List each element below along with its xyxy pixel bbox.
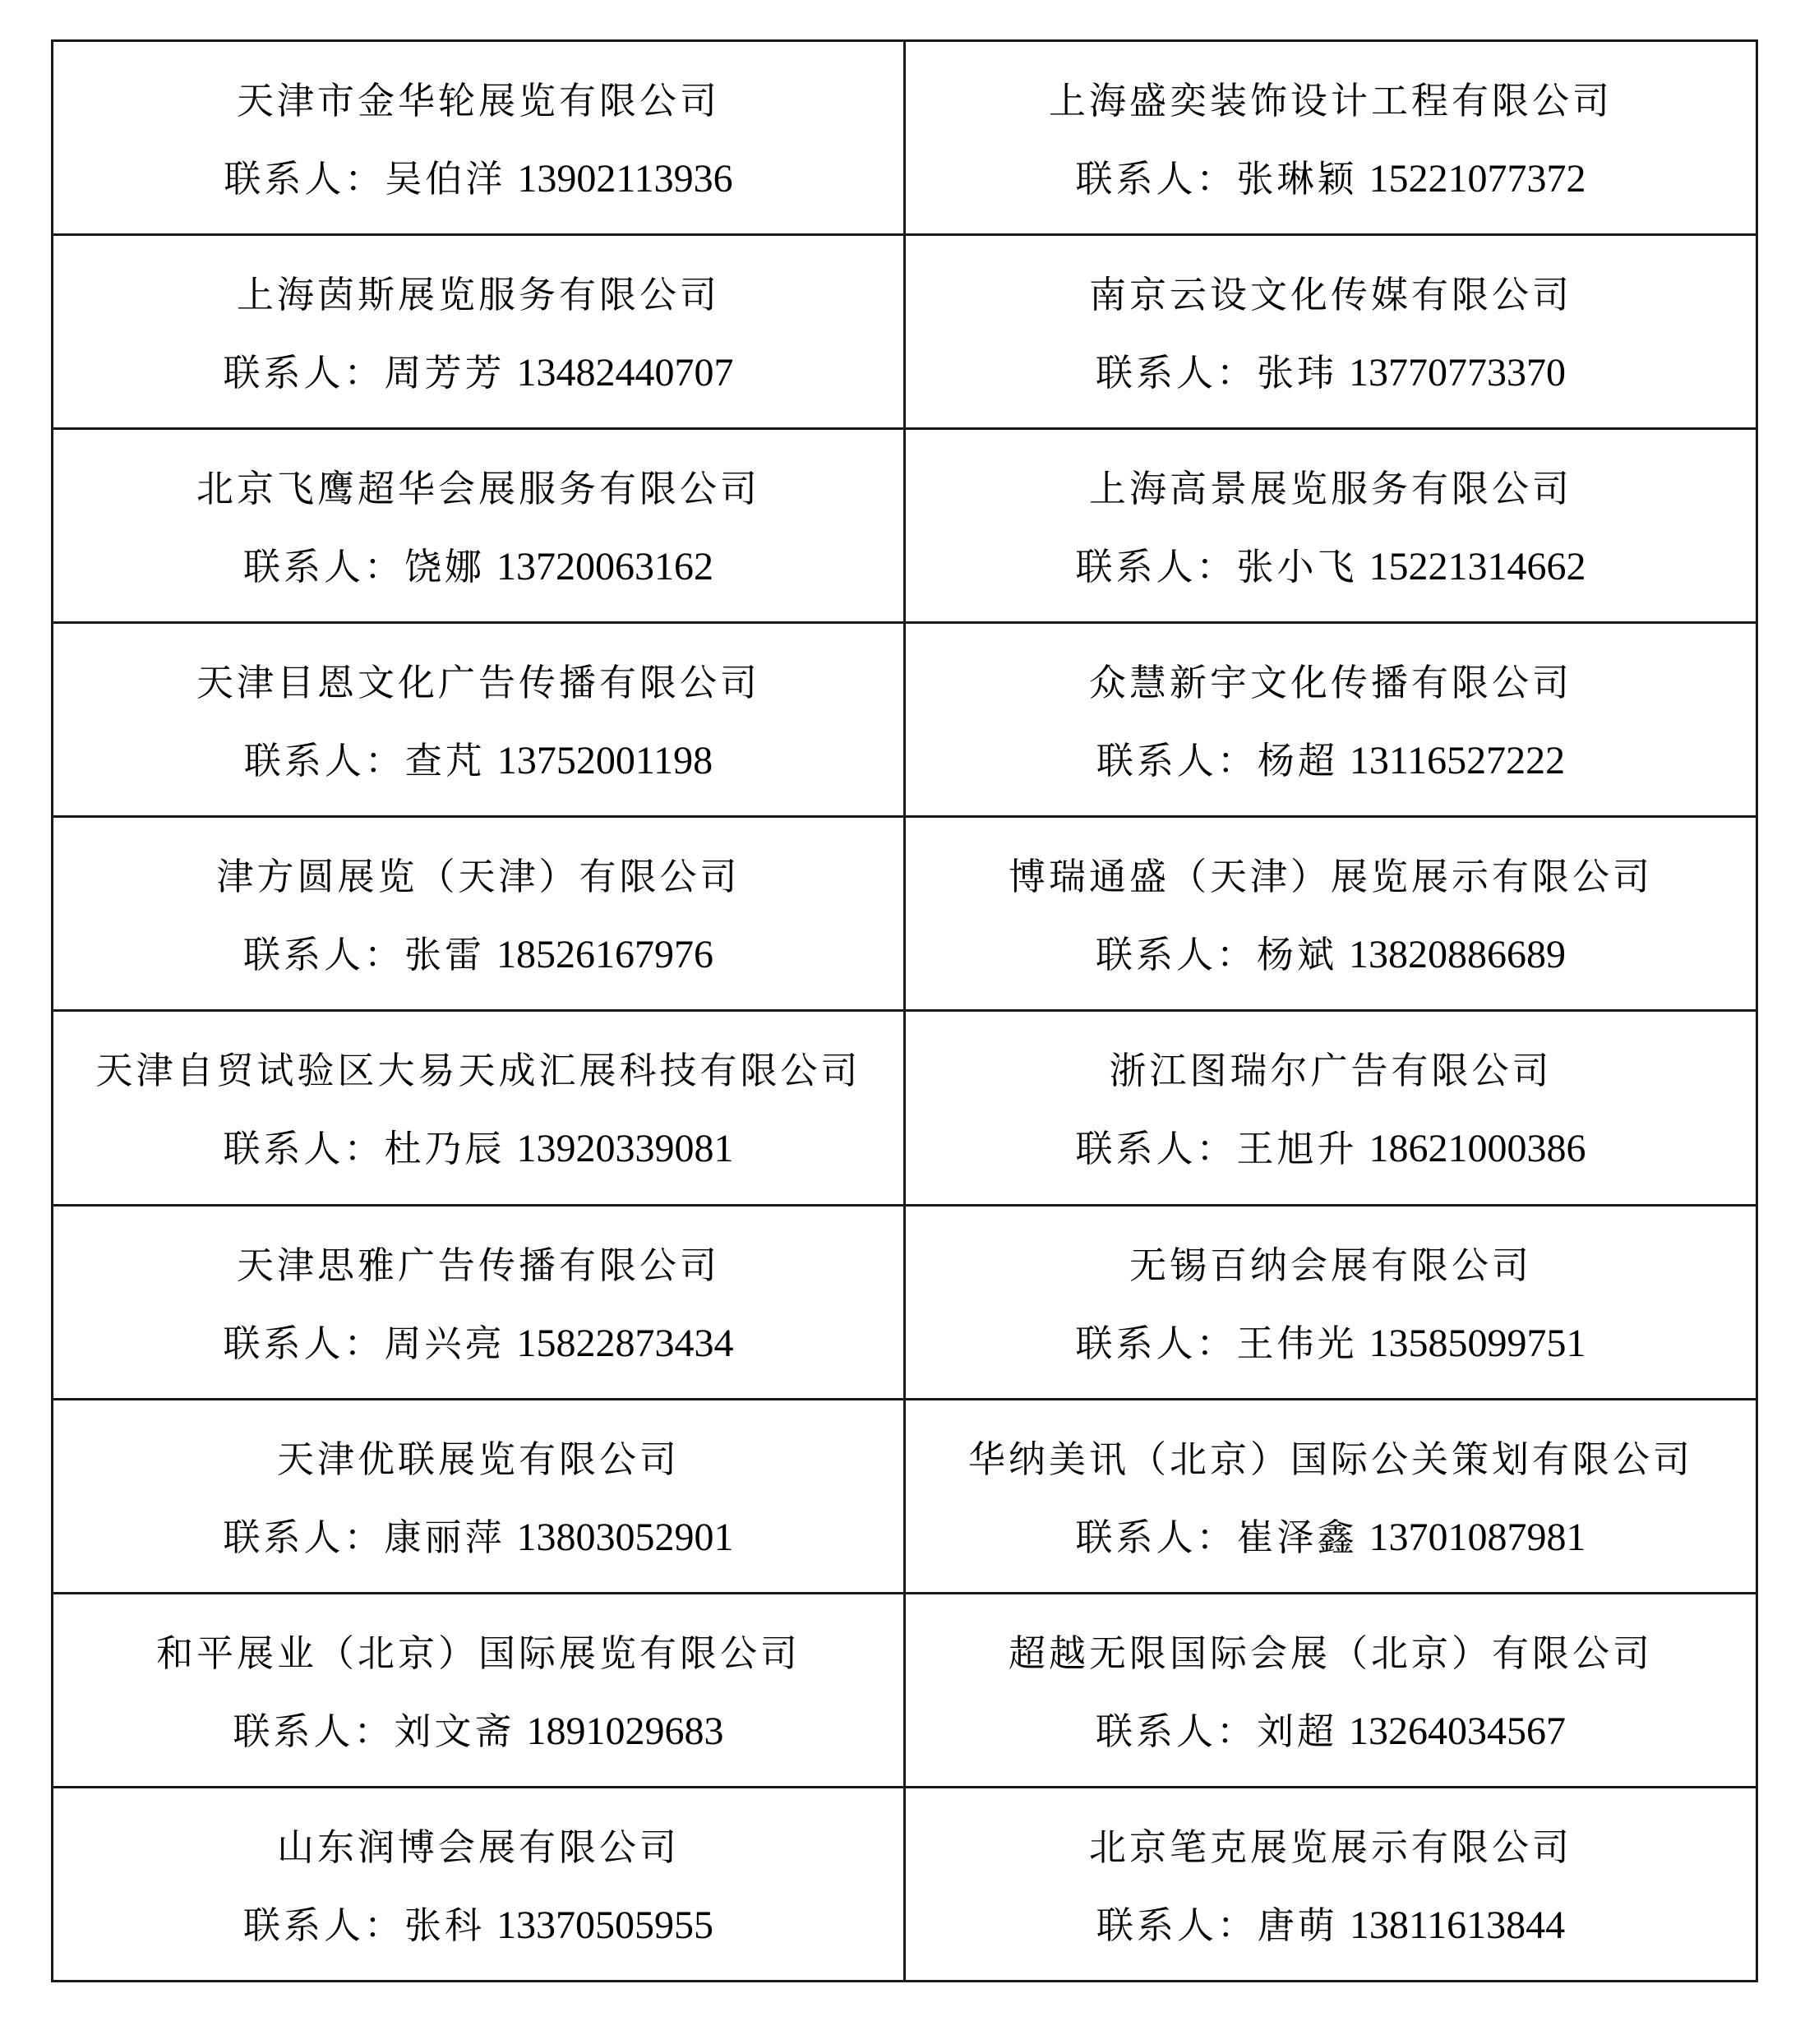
cell-content: 上海盛奕装饰设计工程有限公司 联系人：张琳颖15221077372 bbox=[906, 42, 1756, 233]
company-cell-right: 华纳美讯（北京）国际公关策划有限公司 联系人：崔泽鑫13701087981 bbox=[905, 1399, 1757, 1593]
contact-label: 联系人： bbox=[1075, 1322, 1236, 1365]
contact-label: 联系人： bbox=[233, 1709, 394, 1753]
contact-person: 吴伯洋 bbox=[385, 157, 505, 201]
contact-label: 联系人： bbox=[1075, 1516, 1236, 1559]
company-cell-right: 无锡百纳会展有限公司 联系人：王伟光13585099751 bbox=[905, 1205, 1757, 1399]
contact-line: 联系人：杨斌13820886689 bbox=[906, 932, 1756, 978]
contact-label: 联系人： bbox=[1096, 351, 1257, 394]
company-cell-right: 北京笔克展览展示有限公司 联系人：唐萌13811613844 bbox=[905, 1787, 1757, 1981]
contact-phone: 15221314662 bbox=[1369, 545, 1586, 588]
contact-line: 联系人：张科13370505955 bbox=[53, 1903, 903, 1949]
contact-phone: 13116527222 bbox=[1350, 739, 1565, 782]
contact-phone: 13811613844 bbox=[1350, 1903, 1565, 1947]
contact-line: 联系人：杨超13116527222 bbox=[906, 738, 1756, 784]
table-row: 上海茵斯展览服务有限公司 联系人：周芳芳13482440707 南京云设文化传媒… bbox=[53, 235, 1757, 429]
contact-line: 联系人：王伟光13585099751 bbox=[906, 1321, 1756, 1367]
contact-label: 联系人： bbox=[243, 545, 404, 588]
contact-table: 天津市金华轮展览有限公司 联系人：吴伯洋13902113936 上海盛奕装饰设计… bbox=[51, 39, 1758, 1982]
table-row: 津方圆展览（天津）有限公司 联系人：张雷18526167976 博瑞通盛（天津）… bbox=[53, 817, 1757, 1011]
contact-label: 联系人： bbox=[1075, 1127, 1236, 1170]
table-row: 天津目恩文化广告传播有限公司 联系人：查芃13752001198 众慧新宇文化传… bbox=[53, 623, 1757, 817]
contact-line: 联系人：杜乃辰13920339081 bbox=[53, 1126, 903, 1172]
contact-person: 周芳芳 bbox=[385, 351, 505, 394]
contact-phone: 18621000386 bbox=[1369, 1127, 1586, 1170]
contact-line: 联系人：张雷18526167976 bbox=[53, 932, 903, 978]
contact-label: 联系人： bbox=[1075, 157, 1236, 201]
company-name: 天津思雅广告传播有限公司 bbox=[53, 1243, 903, 1289]
company-cell-right: 浙江图瑞尔广告有限公司 联系人：王旭升18621000386 bbox=[905, 1011, 1757, 1205]
contact-person: 康丽萍 bbox=[385, 1516, 505, 1559]
company-name: 天津目恩文化广告传播有限公司 bbox=[53, 660, 903, 706]
cell-content: 天津目恩文化广告传播有限公司 联系人：查芃13752001198 bbox=[53, 624, 903, 815]
cell-content: 津方圆展览（天津）有限公司 联系人：张雷18526167976 bbox=[53, 818, 903, 1009]
table-row: 天津优联展览有限公司 联系人：康丽萍13803052901 华纳美讯（北京）国际… bbox=[53, 1399, 1757, 1593]
contact-label: 联系人： bbox=[243, 1903, 404, 1947]
contact-phone: 1891029683 bbox=[527, 1709, 724, 1753]
contact-phone: 13370505955 bbox=[496, 1903, 713, 1947]
cell-content: 天津自贸试验区大易天成汇展科技有限公司 联系人：杜乃辰13920339081 bbox=[53, 1012, 903, 1203]
cell-content: 天津优联展览有限公司 联系人：康丽萍13803052901 bbox=[53, 1400, 903, 1592]
contact-phone: 13803052901 bbox=[517, 1516, 734, 1559]
company-name: 天津市金华轮展览有限公司 bbox=[53, 78, 903, 124]
contact-person: 饶娜 bbox=[404, 545, 485, 588]
company-name: 上海盛奕装饰设计工程有限公司 bbox=[906, 78, 1756, 124]
company-cell-left: 上海茵斯展览服务有限公司 联系人：周芳芳13482440707 bbox=[53, 235, 905, 429]
contact-person: 杜乃辰 bbox=[385, 1127, 505, 1170]
contact-phone: 13920339081 bbox=[517, 1127, 734, 1170]
contact-person: 唐萌 bbox=[1258, 1903, 1338, 1947]
table-row: 山东润博会展有限公司 联系人：张科13370505955 北京笔克展览展示有限公… bbox=[53, 1787, 1757, 1981]
contact-label: 联系人： bbox=[223, 1322, 384, 1365]
contact-phone: 15822873434 bbox=[517, 1322, 734, 1365]
contact-person: 张小飞 bbox=[1237, 545, 1358, 588]
cell-content: 上海高景展览服务有限公司 联系人：张小飞15221314662 bbox=[906, 430, 1756, 621]
cell-content: 无锡百纳会展有限公司 联系人：王伟光13585099751 bbox=[906, 1207, 1756, 1398]
contact-line: 联系人：饶娜13720063162 bbox=[53, 544, 903, 590]
contact-person: 王旭升 bbox=[1237, 1127, 1358, 1170]
contact-line: 联系人：周芳芳13482440707 bbox=[53, 350, 903, 396]
contact-phone: 13770773370 bbox=[1349, 351, 1566, 394]
contact-line: 联系人：康丽萍13803052901 bbox=[53, 1515, 903, 1561]
contact-line: 联系人：王旭升18621000386 bbox=[906, 1126, 1756, 1172]
company-name: 上海高景展览服务有限公司 bbox=[906, 466, 1756, 512]
contact-person: 杨斌 bbox=[1257, 933, 1337, 976]
cell-content: 和平展业（北京）国际展览有限公司 联系人：刘文斋1891029683 bbox=[53, 1594, 903, 1786]
company-name: 和平展业（北京）国际展览有限公司 bbox=[53, 1631, 903, 1677]
contact-person: 刘超 bbox=[1257, 1709, 1337, 1753]
contact-line: 联系人：张琳颖15221077372 bbox=[906, 156, 1756, 202]
contact-person: 周兴亮 bbox=[385, 1322, 505, 1365]
contact-person: 张琳颖 bbox=[1237, 157, 1358, 201]
contact-phone: 13482440707 bbox=[517, 351, 734, 394]
cell-content: 山东润博会展有限公司 联系人：张科13370505955 bbox=[53, 1788, 903, 1980]
contact-label: 联系人： bbox=[223, 1127, 384, 1170]
company-name: 北京笔克展览展示有限公司 bbox=[906, 1825, 1756, 1871]
table-body: 天津市金华轮展览有限公司 联系人：吴伯洋13902113936 上海盛奕装饰设计… bbox=[53, 41, 1757, 1982]
company-cell-left: 天津思雅广告传播有限公司 联系人：周兴亮15822873434 bbox=[53, 1205, 905, 1399]
contact-person: 张科 bbox=[404, 1903, 485, 1947]
contact-phone: 18526167976 bbox=[496, 933, 713, 976]
company-name: 博瑞通盛（天津）展览展示有限公司 bbox=[906, 854, 1756, 900]
contact-line: 联系人：周兴亮15822873434 bbox=[53, 1321, 903, 1367]
contact-line: 联系人：刘超13264034567 bbox=[906, 1709, 1756, 1755]
company-cell-right: 博瑞通盛（天津）展览展示有限公司 联系人：杨斌13820886689 bbox=[905, 817, 1757, 1011]
table-row: 和平展业（北京）国际展览有限公司 联系人：刘文斋1891029683 超越无限国… bbox=[53, 1593, 1757, 1787]
company-name: 众慧新宇文化传播有限公司 bbox=[906, 660, 1756, 706]
cell-content: 博瑞通盛（天津）展览展示有限公司 联系人：杨斌13820886689 bbox=[906, 818, 1756, 1009]
contact-label: 联系人： bbox=[1096, 739, 1258, 782]
company-cell-left: 天津市金华轮展览有限公司 联系人：吴伯洋13902113936 bbox=[53, 41, 905, 235]
contact-label: 联系人： bbox=[1075, 545, 1236, 588]
company-cell-right: 南京云设文化传媒有限公司 联系人：张玮13770773370 bbox=[905, 235, 1757, 429]
contact-person: 查芃 bbox=[405, 739, 486, 782]
cell-content: 超越无限国际会展（北京）有限公司 联系人：刘超13264034567 bbox=[906, 1594, 1756, 1786]
contact-person: 刘文斋 bbox=[395, 1709, 515, 1753]
cell-content: 上海茵斯展览服务有限公司 联系人：周芳芳13482440707 bbox=[53, 236, 903, 427]
contact-label: 联系人： bbox=[243, 933, 404, 976]
contact-phone: 13585099751 bbox=[1369, 1322, 1586, 1365]
contact-line: 联系人：吴伯洋13902113936 bbox=[53, 156, 903, 202]
contact-person: 王伟光 bbox=[1237, 1322, 1358, 1365]
contact-label: 联系人： bbox=[244, 739, 405, 782]
contact-phone: 13820886689 bbox=[1349, 933, 1566, 976]
contact-line: 联系人：刘文斋1891029683 bbox=[53, 1709, 903, 1755]
company-name: 南京云设文化传媒有限公司 bbox=[906, 272, 1756, 318]
company-cell-left: 天津目恩文化广告传播有限公司 联系人：查芃13752001198 bbox=[53, 623, 905, 817]
company-name: 无锡百纳会展有限公司 bbox=[906, 1243, 1756, 1289]
contact-phone: 13701087981 bbox=[1369, 1516, 1586, 1559]
contact-line: 联系人：崔泽鑫13701087981 bbox=[906, 1515, 1756, 1561]
contact-phone: 13720063162 bbox=[496, 545, 713, 588]
company-cell-left: 山东润博会展有限公司 联系人：张科13370505955 bbox=[53, 1787, 905, 1981]
contact-person: 崔泽鑫 bbox=[1237, 1516, 1358, 1559]
table-row: 天津思雅广告传播有限公司 联系人：周兴亮15822873434 无锡百纳会展有限… bbox=[53, 1205, 1757, 1399]
company-cell-right: 上海高景展览服务有限公司 联系人：张小飞15221314662 bbox=[905, 429, 1757, 623]
company-cell-left: 和平展业（北京）国际展览有限公司 联系人：刘文斋1891029683 bbox=[53, 1593, 905, 1787]
contact-person: 张雷 bbox=[404, 933, 485, 976]
table-row: 天津自贸试验区大易天成汇展科技有限公司 联系人：杜乃辰13920339081 浙… bbox=[53, 1011, 1757, 1205]
contact-label: 联系人： bbox=[223, 351, 384, 394]
company-name: 天津自贸试验区大易天成汇展科技有限公司 bbox=[53, 1048, 903, 1094]
contact-phone: 13264034567 bbox=[1349, 1709, 1566, 1753]
company-name: 上海茵斯展览服务有限公司 bbox=[53, 272, 903, 318]
contact-line: 联系人：张玮13770773370 bbox=[906, 350, 1756, 396]
cell-content: 华纳美讯（北京）国际公关策划有限公司 联系人：崔泽鑫13701087981 bbox=[906, 1400, 1756, 1592]
company-name: 北京飞鹰超华会展服务有限公司 bbox=[53, 466, 903, 512]
cell-content: 众慧新宇文化传播有限公司 联系人：杨超13116527222 bbox=[906, 624, 1756, 815]
cell-content: 南京云设文化传媒有限公司 联系人：张玮13770773370 bbox=[906, 236, 1756, 427]
company-name: 山东润博会展有限公司 bbox=[53, 1825, 903, 1871]
table-row: 北京飞鹰超华会展服务有限公司 联系人：饶娜13720063162 上海高景展览服… bbox=[53, 429, 1757, 623]
cell-content: 北京笔克展览展示有限公司 联系人：唐萌13811613844 bbox=[906, 1788, 1756, 1980]
company-cell-right: 超越无限国际会展（北京）有限公司 联系人：刘超13264034567 bbox=[905, 1593, 1757, 1787]
contact-label: 联系人： bbox=[1096, 933, 1257, 976]
company-name: 津方圆展览（天津）有限公司 bbox=[53, 854, 903, 900]
contact-label: 联系人： bbox=[223, 1516, 384, 1559]
cell-content: 天津市金华轮展览有限公司 联系人：吴伯洋13902113936 bbox=[53, 42, 903, 233]
company-cell-right: 上海盛奕装饰设计工程有限公司 联系人：张琳颖15221077372 bbox=[905, 41, 1757, 235]
contact-phone: 13752001198 bbox=[497, 739, 713, 782]
company-cell-right: 众慧新宇文化传播有限公司 联系人：杨超13116527222 bbox=[905, 623, 1757, 817]
contact-line: 联系人：查芃13752001198 bbox=[53, 738, 903, 784]
contact-label: 联系人： bbox=[1096, 1903, 1258, 1947]
company-name: 天津优联展览有限公司 bbox=[53, 1437, 903, 1483]
contact-line: 联系人：唐萌13811613844 bbox=[906, 1903, 1756, 1949]
contact-line: 联系人：张小飞15221314662 bbox=[906, 544, 1756, 590]
contact-label: 联系人： bbox=[1096, 1709, 1257, 1753]
company-cell-left: 天津自贸试验区大易天成汇展科技有限公司 联系人：杜乃辰13920339081 bbox=[53, 1011, 905, 1205]
company-cell-left: 津方圆展览（天津）有限公司 联系人：张雷18526167976 bbox=[53, 817, 905, 1011]
cell-content: 天津思雅广告传播有限公司 联系人：周兴亮15822873434 bbox=[53, 1207, 903, 1398]
cell-content: 浙江图瑞尔广告有限公司 联系人：王旭升18621000386 bbox=[906, 1012, 1756, 1203]
contact-phone: 13902113936 bbox=[517, 157, 732, 201]
company-name: 华纳美讯（北京）国际公关策划有限公司 bbox=[906, 1437, 1756, 1483]
company-name: 浙江图瑞尔广告有限公司 bbox=[906, 1048, 1756, 1094]
company-cell-left: 天津优联展览有限公司 联系人：康丽萍13803052901 bbox=[53, 1399, 905, 1593]
cell-content: 北京飞鹰超华会展服务有限公司 联系人：饶娜13720063162 bbox=[53, 430, 903, 621]
contact-person: 张玮 bbox=[1257, 351, 1337, 394]
company-cell-left: 北京飞鹰超华会展服务有限公司 联系人：饶娜13720063162 bbox=[53, 429, 905, 623]
contact-person: 杨超 bbox=[1258, 739, 1338, 782]
contact-phone: 15221077372 bbox=[1369, 157, 1586, 201]
company-name: 超越无限国际会展（北京）有限公司 bbox=[906, 1631, 1756, 1677]
table-row: 天津市金华轮展览有限公司 联系人：吴伯洋13902113936 上海盛奕装饰设计… bbox=[53, 41, 1757, 235]
contact-label: 联系人： bbox=[224, 157, 385, 201]
